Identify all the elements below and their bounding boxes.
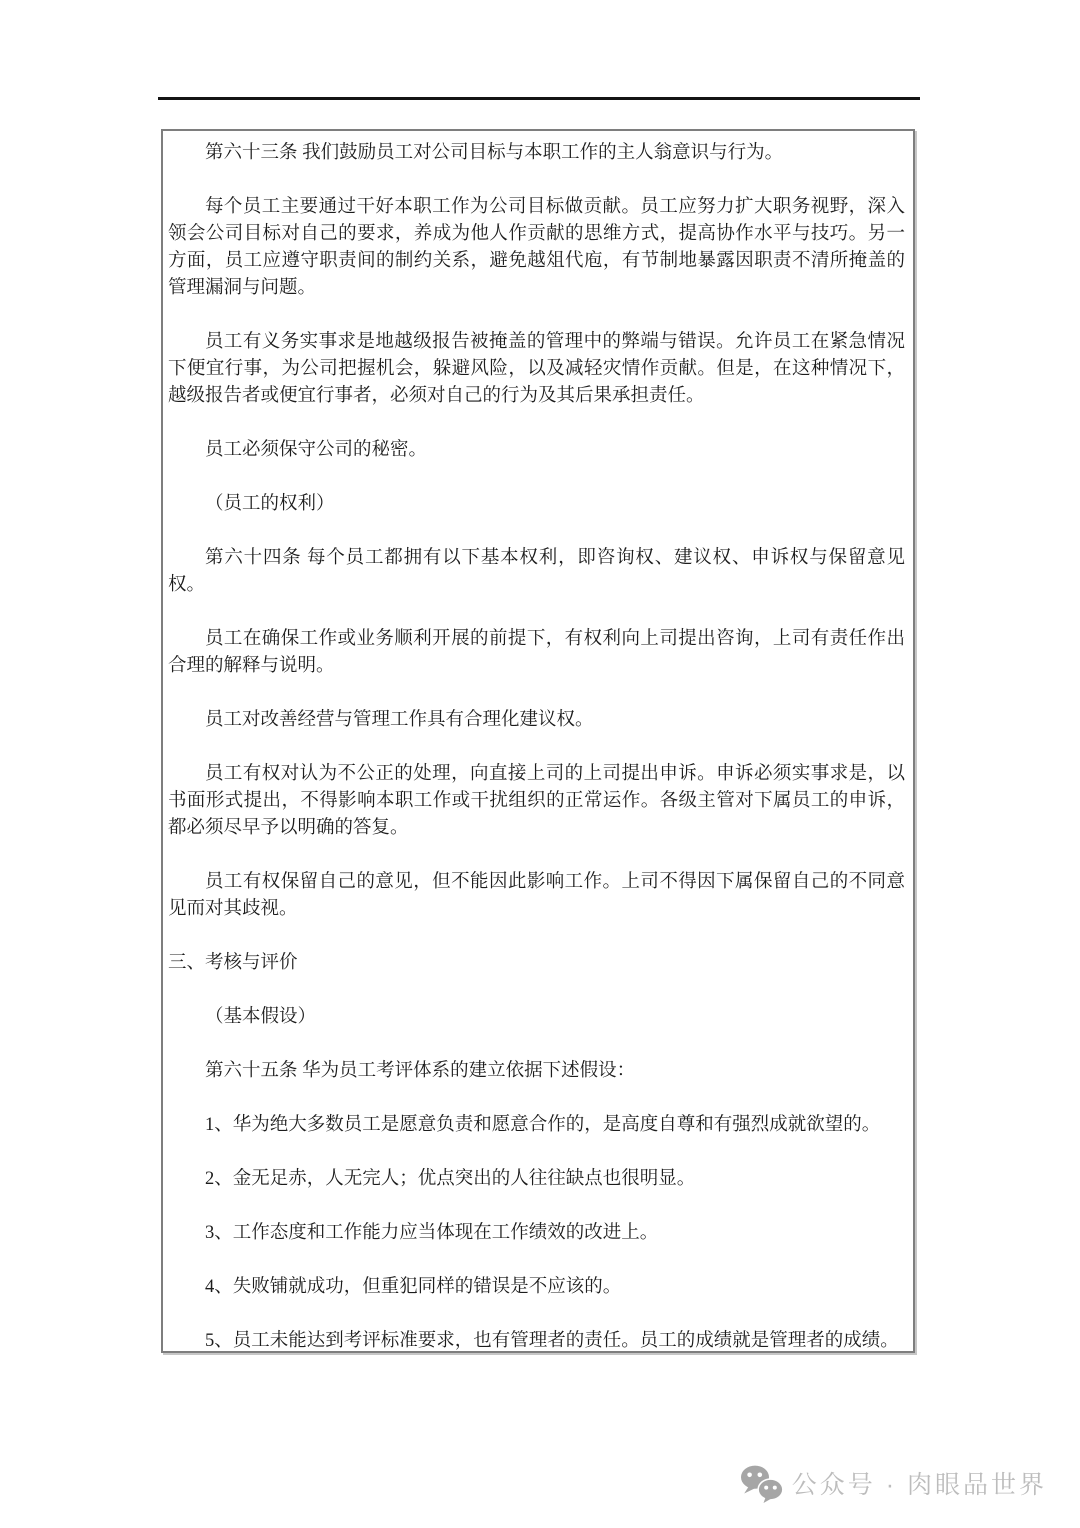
wechat-icon bbox=[739, 1464, 783, 1503]
paragraph: 员工对改善经营与管理工作具有合理化建议权。 bbox=[168, 707, 905, 734]
paragraph: 1、华为绝大多数员工是愿意负责和愿意合作的，是高度自尊和有强烈成就欲望的。 bbox=[168, 1112, 905, 1139]
page: 第六十三条 我们鼓励员工对公司目标与本职工作的主人翁意识与行为。每个员工主要通过… bbox=[0, 0, 1080, 1528]
paragraph: 员工有权保留自己的意见，但不能因此影响工作。上司不得因下属保留自己的不同意见而对… bbox=[168, 869, 905, 923]
paragraph: 第六十三条 我们鼓励员工对公司目标与本职工作的主人翁意识与行为。 bbox=[168, 140, 905, 167]
header-rule bbox=[158, 97, 920, 100]
paragraph: 员工有权对认为不公正的处理，向直接上司的上司提出申诉。申诉必须实事求是，以书面形… bbox=[168, 761, 905, 842]
document-text-box: 第六十三条 我们鼓励员工对公司目标与本职工作的主人翁意识与行为。每个员工主要通过… bbox=[161, 129, 915, 1353]
paragraph: （员工的权利） bbox=[168, 491, 905, 518]
paragraph: （基本假设） bbox=[168, 1004, 905, 1031]
paragraph: 三、考核与评价 bbox=[168, 950, 905, 977]
watermark: 公众号 · 肉眼品世界 bbox=[739, 1460, 1047, 1506]
paragraph: 员工在确保工作或业务顺利开展的前提下，有权利向上司提出咨询，上司有责任作出合理的… bbox=[168, 626, 905, 680]
paragraph: 2、金无足赤，人无完人；优点突出的人往往缺点也很明显。 bbox=[168, 1166, 905, 1193]
paragraph: 每个员工主要通过干好本职工作为公司目标做贡献。员工应努力扩大职务视野，深入领会公… bbox=[168, 194, 905, 302]
paragraph: 第六十四条 每个员工都拥有以下基本权利，即咨询权、建议权、申诉权与保留意见权。 bbox=[168, 545, 905, 599]
watermark-text: 公众号 · 肉眼品世界 bbox=[792, 1465, 1047, 1501]
paragraph: 4、失败铺就成功，但重犯同样的错误是不应该的。 bbox=[168, 1274, 905, 1301]
paragraph: 员工有义务实事求是地越级报告被掩盖的管理中的弊端与错误。允许员工在紧急情况下便宜… bbox=[168, 329, 905, 410]
paragraph: 5、员工未能达到考评标准要求，也有管理者的责任。员工的成绩就是管理者的成绩。 bbox=[168, 1328, 905, 1355]
paragraph: 员工必须保守公司的秘密。 bbox=[168, 437, 905, 464]
paragraph: 3、工作态度和工作能力应当体现在工作绩效的改进上。 bbox=[168, 1220, 905, 1247]
paragraph: 第六十五条 华为员工考评体系的建立依据下述假设： bbox=[168, 1058, 905, 1085]
